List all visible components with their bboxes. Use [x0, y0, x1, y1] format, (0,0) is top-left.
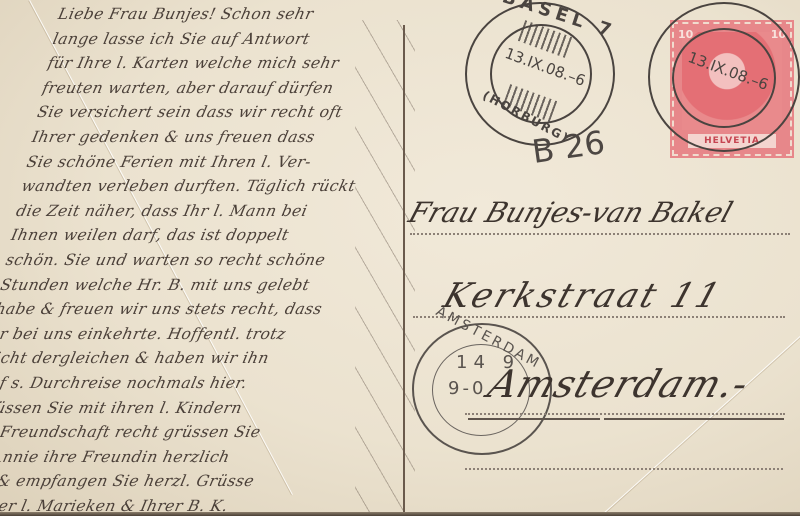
message-line: Stunden welche Hr. B. mit uns gelebt: [0, 273, 401, 298]
address-line-1: [410, 233, 790, 235]
cross-writing-margin: [355, 20, 415, 516]
message-line: Ihnen weilen darf, das ist doppelt: [9, 223, 412, 248]
address-city-underline-right: [604, 418, 784, 420]
address-line-4: [465, 468, 783, 470]
center-divider-line: [403, 25, 405, 515]
address-street: Kerkstraat 11: [439, 276, 728, 316]
message-line: mit, & empfangen Sie herzl. Grüsse: [0, 469, 360, 494]
message-line: die Freundschaft recht grüssen Sie: [0, 420, 370, 445]
address-recipient: Frau Bunjes-van Bakel: [405, 196, 737, 229]
address-city-underline-left: [468, 418, 600, 420]
message-line: auf s. Durchreise nochmals hier.: [0, 371, 380, 396]
message-line: von der l. Marieken & Ihrer B. K.: [0, 494, 354, 516]
postmark-amsterdam-time: 9-0: [448, 378, 486, 399]
postcard: Liebe Frau Bunjes! Schon sehr lange lass…: [0, 0, 800, 516]
message-line: nicht dergleichen & haben wir ihn: [0, 346, 386, 371]
message-line: er bei uns einkehrte. Hoffentl. trotz: [0, 322, 391, 347]
message-line: Grüssen Sie mit ihren l. Kindern: [0, 396, 375, 421]
message-line: habe & freuen wir uns stets recht, dass: [0, 297, 396, 322]
address-line-3-dotted: [465, 413, 785, 415]
message-line: schön. Sie und warten so recht schöne: [3, 248, 406, 273]
address-city: Amsterdam.-: [483, 362, 755, 406]
message-line: Fl. Annie ihre Freundin herzlich: [0, 445, 365, 470]
